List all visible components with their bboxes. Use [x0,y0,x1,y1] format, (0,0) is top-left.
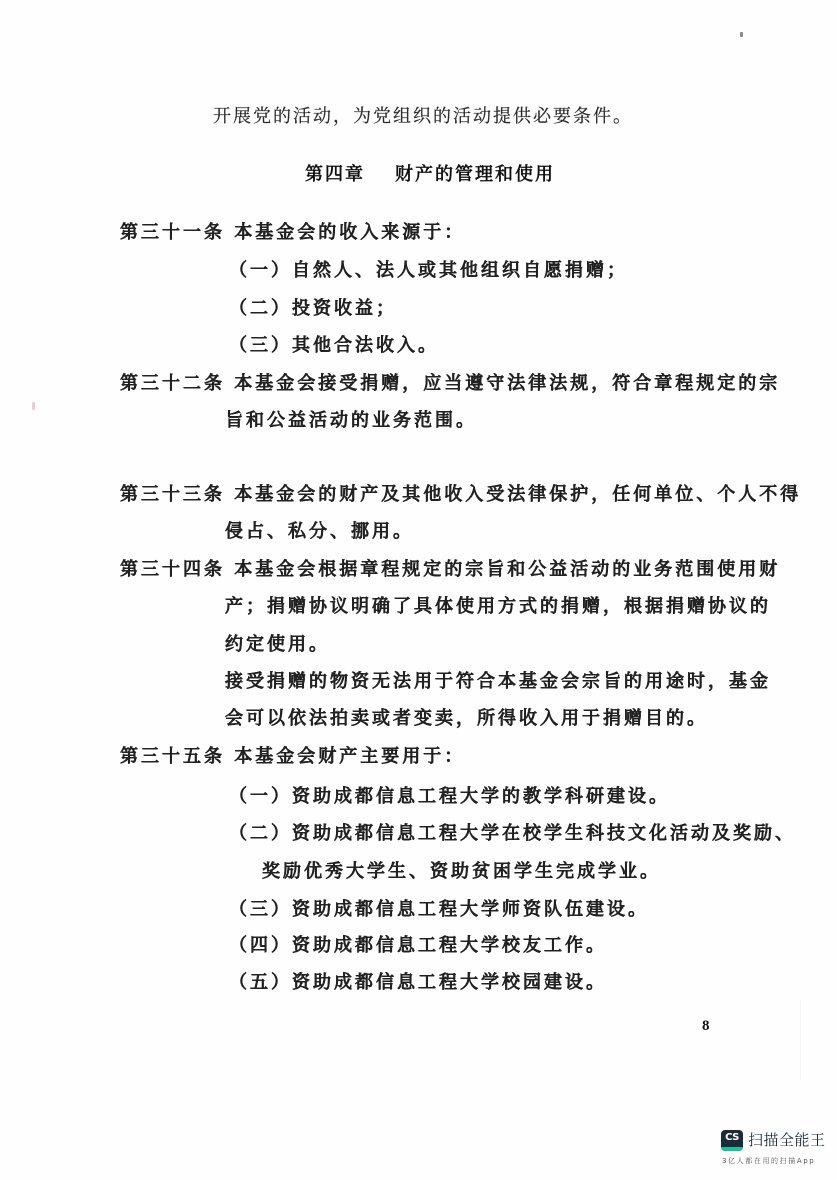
scan-smudge [32,402,35,410]
article-35-item-2-cont: 奖励优秀大学生、资助贫困学生完成学业。 [262,861,661,883]
article-text: 本基金会的收入来源于： [234,222,465,243]
article-35-item-4: （四）资助成都信息工程大学校友工作。 [229,935,607,957]
lead-paragraph-line: 开展党的活动，为党组织的活动提供必要条件。 [213,106,633,128]
article-31-item-1: （一）自然人、法人或其他组织自愿捐赠； [229,260,628,282]
item-text: 自然人、法人或其他组织自愿捐赠； [292,260,628,281]
watermark-app-name: 扫描全能王 [748,1131,826,1149]
chapter-number: 第四章 [305,164,365,185]
article-34-line-2: 产；捐赠协议明确了具体使用方式的捐赠，根据捐赠协议的 [225,596,771,618]
article-34-line-3: 约定使用。 [225,634,330,656]
logo-text: CS [721,1132,743,1143]
article-text: 本基金会财产主要用于： [234,746,465,767]
item-marker: （一） [229,786,292,807]
article-35-item-3: （三）资助成都信息工程大学师资队伍建设。 [229,899,649,921]
scan-edge-artifact [800,1000,801,1080]
item-marker: （四） [229,935,292,956]
item-text: 资助成都信息工程大学师资队伍建设。 [292,899,649,920]
article-34-line-1: 第三十四条 本基金会根据章程规定的宗旨和公益活动的业务范围使用财 [120,559,780,581]
article-text: 本基金会接受捐赠，应当遵守法律法规，符合章程规定的宗 [234,373,780,394]
article-35-line-1: 第三十五条 本基金会财产主要用于： [120,746,465,768]
chapter-title: 财产的管理和使用 [395,164,555,185]
item-marker: （三） [229,899,292,920]
article-label: 第三十二条 [120,373,225,395]
camscanner-logo-icon: CS [721,1130,743,1151]
article-label: 第三十五条 [120,746,225,768]
article-35-item-1: （一）资助成都信息工程大学的教学科研建设。 [229,786,670,808]
article-label: 第三十一条 [120,222,225,244]
item-marker: （二） [229,823,292,844]
item-text: 资助成都信息工程大学在校学生科技文化活动及奖励、 [292,823,796,844]
item-text: 资助成都信息工程大学校园建设。 [292,972,607,993]
item-text: 资助成都信息工程大学的教学科研建设。 [292,786,670,807]
article-32-line-2: 旨和公益活动的业务范围。 [225,410,477,432]
article-label: 第三十三条 [120,484,225,506]
camscanner-watermark: CS 扫描全能王 3亿人都在用的扫描App [721,1130,831,1170]
chapter-heading: 第四章财产的管理和使用 [305,164,555,186]
article-34-line-5: 会可以依法拍卖或者变卖，所得收入用于捐赠目的。 [225,708,708,730]
item-text: 投资收益； [292,298,397,319]
scan-speck [740,32,743,37]
article-32-line-1: 第三十二条 本基金会接受捐赠，应当遵守法律法规，符合章程规定的宗 [120,373,780,395]
article-text: 本基金会根据章程规定的宗旨和公益活动的业务范围使用财 [234,559,780,580]
scanned-page: 开展党的活动，为党组织的活动提供必要条件。 第四章财产的管理和使用 第三十一条 … [0,0,837,1180]
article-31-item-2: （二）投资收益； [229,298,397,320]
article-35-item-5: （五）资助成都信息工程大学校园建设。 [229,972,607,994]
article-33-line-1: 第三十三条 本基金会的财产及其他收入受法律保护，任何单位、个人不得 [120,484,801,506]
article-35-item-2: （二）资助成都信息工程大学在校学生科技文化活动及奖励、 [229,823,796,845]
article-text: 本基金会的财产及其他收入受法律保护，任何单位、个人不得 [234,484,801,505]
item-marker: （一） [229,260,292,281]
article-31-line-1: 第三十一条 本基金会的收入来源于： [120,222,465,244]
article-34-line-4: 接受捐赠的物资无法用于符合本基金会宗旨的用途时，基金 [225,671,771,693]
logo-accent-bar [721,1147,743,1151]
page-number: 8 [702,1018,710,1035]
article-31-item-3: （三）其他合法收入。 [229,335,439,357]
watermark-tagline: 3亿人都在用的扫描App [722,1157,815,1166]
article-33-line-2: 侵占、私分、挪用。 [225,521,414,543]
item-marker: （二） [229,298,292,319]
item-marker: （五） [229,972,292,993]
item-text: 资助成都信息工程大学校友工作。 [292,935,607,956]
item-marker: （三） [229,335,292,356]
article-label: 第三十四条 [120,559,225,581]
item-text: 其他合法收入。 [292,335,439,356]
